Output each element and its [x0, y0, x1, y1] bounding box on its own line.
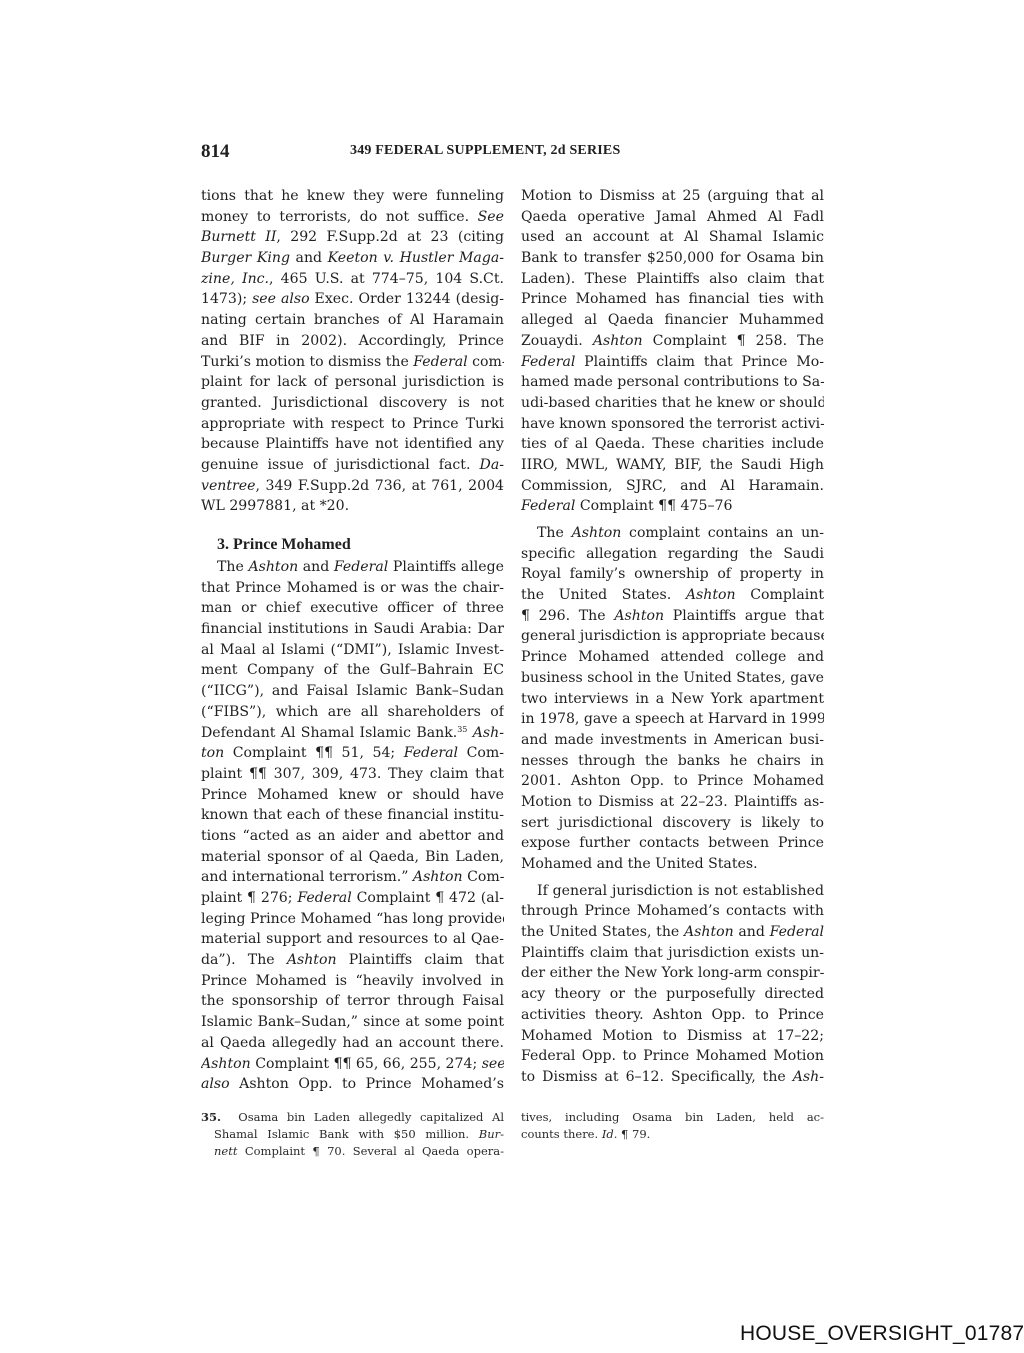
- text-line: in 1978, gave a speech at Harvard in 199…: [521, 709, 824, 730]
- text-line: al Maal al Islami (“DMI”), Islamic Inves…: [201, 640, 504, 661]
- text-line: der either the New York long-arm conspir…: [521, 963, 824, 984]
- text-line: Islamic Bank–Sudan,” since at some point: [201, 1012, 504, 1033]
- text-line: Burger King and Keeton v. Hustler Maga-: [201, 248, 504, 269]
- text-line: Laden). These Plaintiffs also claim that: [521, 269, 824, 290]
- text-line: granted. Jurisdictional discovery is not: [201, 393, 504, 414]
- text-line: Federal Plaintiffs claim that Prince Mo-: [521, 352, 824, 373]
- text-line: the sponsorship of terror through Faisal: [201, 991, 504, 1012]
- text-line: Prince Mohamed has financial ties with: [521, 289, 824, 310]
- text-line: Burnett II, 292 F.Supp.2d at 23 (citing: [201, 227, 504, 248]
- text-line: and BIF in 2002). Accordingly, Prince: [201, 331, 504, 352]
- text-line: man or chief executive officer of three: [201, 598, 504, 619]
- text-line: have known sponsored the terrorist activ…: [521, 414, 824, 435]
- text-line: Federal Opp. to Prince Mohamed Motion: [521, 1046, 824, 1067]
- text-line: 1473); see also Exec. Order 13244 (desig…: [201, 289, 504, 310]
- text-line: 35. Osama bin Laden allegedly capitalize…: [201, 1109, 504, 1126]
- text-line: plaint ¶¶ 307, 309, 473. They claim that: [201, 764, 504, 785]
- text-line: Prince Mohamed attended college and: [521, 647, 824, 668]
- text-line: Mohamed Motion to Dismiss at 17–22;: [521, 1026, 824, 1047]
- text-line: udi-based charities that he knew or shou…: [521, 393, 824, 414]
- text-line: hamed made personal contributions to Sa-: [521, 372, 824, 393]
- text-line: acy theory or the purposefully directed: [521, 984, 824, 1005]
- text-line: Ashton Complaint ¶¶ 65, 66, 255, 274; se…: [201, 1054, 504, 1075]
- text-line: Federal Complaint ¶¶ 475–76: [521, 496, 824, 517]
- text-line: ventree, 349 F.Supp.2d 736, at 761, 2004: [201, 476, 504, 497]
- body-paragraph: The Ashton and Federal Plaintiffs allege…: [201, 557, 504, 1095]
- text-line: because Plaintiffs have not identified a…: [201, 434, 504, 455]
- section-heading: 3. Prince Mohamed: [201, 533, 504, 557]
- text-line: Mohamed and the United States.: [521, 854, 824, 875]
- text-line: ton Complaint ¶¶ 51, 54; Federal Com-: [201, 743, 504, 764]
- running-head: 349 FEDERAL SUPPLEMENT, 2d SERIES: [350, 143, 620, 159]
- bates-number: HOUSE_OVERSIGHT_017879: [740, 1322, 1024, 1346]
- text-line: (“IICG”), and Faisal Islamic Bank–Sudan: [201, 681, 504, 702]
- paragraph-2: The Ashton complaint contains an un-spec…: [521, 523, 824, 875]
- text-line: 2001. Ashton Opp. to Prince Mohamed: [521, 771, 824, 792]
- text-line: nett Complaint ¶ 70. Several al Qaeda op…: [201, 1143, 504, 1160]
- intro-paragraph: tions that he knew they were funnelingmo…: [201, 186, 504, 517]
- text-line: tives, including Osama bin Laden, held a…: [521, 1109, 824, 1126]
- text-line: money to terrorists, do not suffice. See: [201, 207, 504, 228]
- text-line: expose further contacts between Prince: [521, 833, 824, 854]
- text-line: Plaintiffs claim that jurisdiction exist…: [521, 943, 824, 964]
- text-line: (“FIBS”), which are all shareholders of: [201, 702, 504, 723]
- text-line: Motion to Dismiss at 25 (arguing that al: [521, 186, 824, 207]
- text-line: known that each of these financial insti…: [201, 805, 504, 826]
- left-column: tions that he knew they were funnelingmo…: [201, 186, 504, 1095]
- text-line: ¶ 296. The Ashton Plaintiffs argue that: [521, 606, 824, 627]
- text-line: Bank to transfer $250,000 for Osama bin: [521, 248, 824, 269]
- text-line: The Ashton complaint contains an un-: [521, 523, 824, 544]
- text-line: ties of al Qaeda. These charities includ…: [521, 434, 824, 455]
- text-line: also Ashton Opp. to Prince Mohamed’s: [201, 1074, 504, 1095]
- paragraph-1: Motion to Dismiss at 25 (arguing that al…: [521, 186, 824, 517]
- text-line: tions “acted as an aider and abettor and: [201, 826, 504, 847]
- text-line: nating certain branches of Al Haramain: [201, 310, 504, 331]
- text-line: Shamal Islamic Bank with $50 million. Bu…: [201, 1126, 504, 1143]
- text-line: appropriate with respect to Prince Turki: [201, 414, 504, 435]
- text-line: tions that he knew they were funneling: [201, 186, 504, 207]
- text-line: counts there. Id. ¶ 79.: [521, 1126, 824, 1143]
- text-line: and international terrorism.” Ashton Com…: [201, 867, 504, 888]
- text-line: material support and resources to al Qae…: [201, 929, 504, 950]
- text-line: Qaeda operative Jamal Ahmed Al Fadl: [521, 207, 824, 228]
- text-line: Motion to Dismiss at 22–23. Plaintiffs a…: [521, 792, 824, 813]
- text-line: sert jurisdictional discovery is likely …: [521, 813, 824, 834]
- text-line: Royal family’s ownership of property in: [521, 564, 824, 585]
- text-line: nesses through the banks he chairs in: [521, 751, 824, 772]
- text-line: Turki’s motion to dismiss the Federal co…: [201, 352, 504, 373]
- text-line: business school in the United States, ga…: [521, 668, 824, 689]
- text-line: used an account at Al Shamal Islamic: [521, 227, 824, 248]
- text-line: that Prince Mohamed is or was the chair-: [201, 578, 504, 599]
- text-line: Commission, SJRC, and Al Haramain.: [521, 476, 824, 497]
- text-line: The Ashton and Federal Plaintiffs allege: [201, 557, 504, 578]
- text-line: activities theory. Ashton Opp. to Prince: [521, 1005, 824, 1026]
- text-line: and made investments in American busi-: [521, 730, 824, 751]
- text-line: specific allegation regarding the Saudi: [521, 544, 824, 565]
- text-line: two interviews in a New York apartment: [521, 689, 824, 710]
- text-line: leging Prince Mohamed “has long provided: [201, 909, 504, 930]
- text-line: Prince Mohamed knew or should have: [201, 785, 504, 806]
- text-line: the United States, the Ashton and Federa…: [521, 922, 824, 943]
- footnote-35-right: tives, including Osama bin Laden, held a…: [521, 1109, 824, 1143]
- page-header: 814 349 FEDERAL SUPPLEMENT, 2d SERIES: [201, 141, 826, 163]
- text-line: WL 2997881, at *20.: [201, 496, 504, 517]
- text-line: alleged al Qaeda financier Muhammed: [521, 310, 824, 331]
- text-line: general jurisdiction is appropriate beca…: [521, 626, 824, 647]
- text-line: If general jurisdiction is not establish…: [521, 881, 824, 902]
- text-line: material sponsor of al Qaeda, Bin Laden,: [201, 847, 504, 868]
- text-line: Zouaydi. Ashton Complaint ¶ 258. The: [521, 331, 824, 352]
- text-line: da”). The Ashton Plaintiffs claim that: [201, 950, 504, 971]
- text-line: the United States. Ashton Complaint: [521, 585, 824, 606]
- footnote-35-left: 35. Osama bin Laden allegedly capitalize…: [201, 1109, 504, 1160]
- text-line: to Dismiss at 6–12. Specifically, the As…: [521, 1067, 824, 1088]
- text-line: plaint for lack of personal jurisdiction…: [201, 372, 504, 393]
- text-line: financial institutions in Saudi Arabia: …: [201, 619, 504, 640]
- text-line: zine, Inc., 465 U.S. at 774–75, 104 S.Ct…: [201, 269, 504, 290]
- text-line: through Prince Mohamed’s contacts with: [521, 901, 824, 922]
- right-column: Motion to Dismiss at 25 (arguing that al…: [521, 186, 824, 1088]
- text-line: genuine issue of jurisdictional fact. Da…: [201, 455, 504, 476]
- paragraph-3: If general jurisdiction is not establish…: [521, 881, 824, 1088]
- text-line: plaint ¶ 276; Federal Complaint ¶ 472 (a…: [201, 888, 504, 909]
- text-line: Defendant Al Shamal Islamic Bank.35 Ash-: [201, 723, 504, 744]
- text-line: ment Company of the Gulf–Bahrain EC: [201, 660, 504, 681]
- text-line: al Qaeda allegedly had an account there.: [201, 1033, 504, 1054]
- text-line: IIRO, MWL, WAMY, BIF, the Saudi High: [521, 455, 824, 476]
- page-number: 814: [201, 141, 230, 163]
- text-line: Prince Mohamed is “heavily involved in: [201, 971, 504, 992]
